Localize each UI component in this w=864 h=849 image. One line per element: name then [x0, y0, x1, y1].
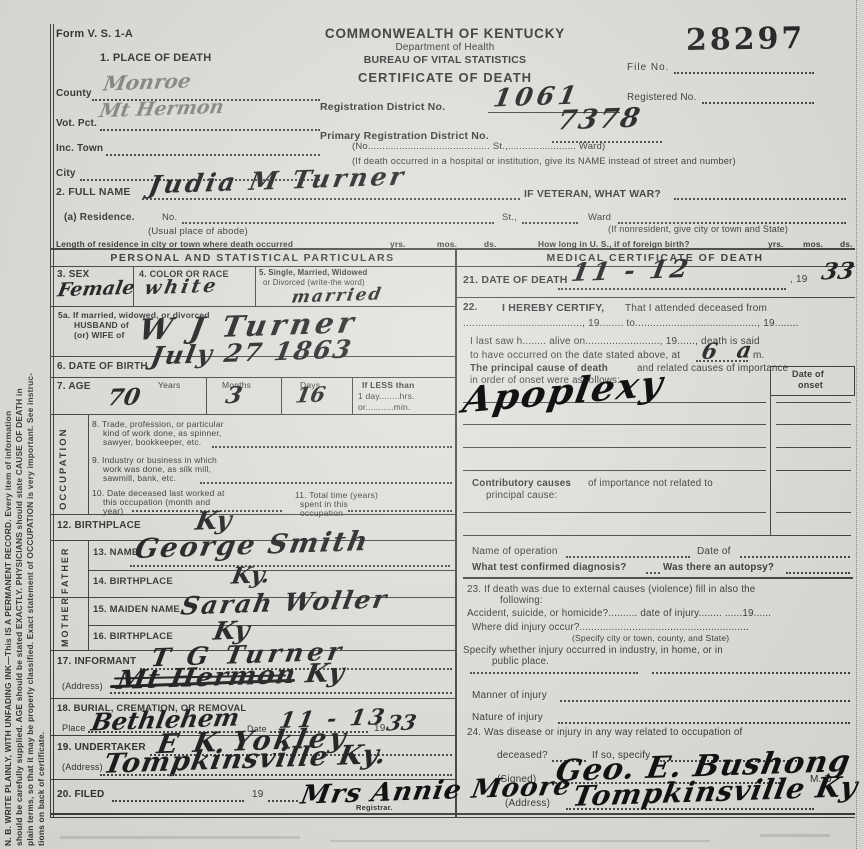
father-name-label: 13. NAME: [93, 547, 138, 558]
heavy-rule: [463, 577, 853, 579]
filed-line: [112, 800, 244, 802]
q24-deceased-label: deceased?: [497, 750, 548, 761]
q23-line-1: 23. If death was due to external causes …: [467, 584, 755, 595]
certify-number: 22.: [463, 302, 478, 313]
manner-line: [560, 700, 850, 702]
dod-value: 11 - 12: [569, 256, 693, 285]
sidebar-divider: [88, 414, 89, 514]
registered-no-line: [702, 102, 814, 104]
undertaker-address-label: (Address): [62, 762, 103, 772]
q23-line-5: (Specify city or town, county, and State…: [572, 633, 729, 643]
commonwealth-title: COMMONWEALTH OF KENTUCKY: [310, 26, 580, 41]
q23-line-4: Where did injury occur?.................…: [472, 622, 749, 633]
q8-line-3: sawyer, bookkeeper, etc.: [103, 437, 201, 447]
q23-line-6: Specify whether injury occurred in indus…: [463, 645, 723, 656]
margin-line: N. B. WRITE PLAINLY, WITH UNFADING INK—T…: [3, 6, 14, 846]
age-years-label: Years: [158, 380, 180, 390]
q11-line: [348, 510, 452, 512]
dob-label: 6. DATE OF BIRTH: [57, 361, 148, 372]
yrs-label-1: yrs.: [390, 239, 406, 249]
contributory-label-2: principal cause:: [486, 490, 557, 501]
residence-ward-label: Ward: [588, 212, 611, 223]
certify-line-2: ........................................…: [463, 318, 799, 329]
q23-line-7: public place.: [492, 656, 549, 667]
age-less-label-3: or...........min.: [358, 402, 411, 412]
department-title: Department of Health: [310, 42, 580, 53]
onset-line: [776, 512, 851, 513]
q8-line: [212, 446, 452, 448]
length-residence-label: Length of residence in city or town wher…: [56, 239, 293, 249]
mother-bp-label: 16. BIRTHPLACE: [93, 631, 173, 642]
dob-value: July 27 1863: [149, 337, 355, 369]
row-border: [50, 514, 455, 515]
q9-line-3: sawmill, bank, etc.: [103, 473, 176, 483]
scan-smudge: [60, 836, 300, 839]
bottom-border-inner: [50, 817, 855, 818]
certificate-number: 28297: [686, 21, 806, 58]
personal-section-title: PERSONAL AND STATISTICAL PARTICULARS: [50, 252, 455, 264]
inc-town-label: Inc. Town: [56, 143, 103, 154]
bureau-title: BUREAU OF VITAL STATISTICS: [310, 54, 580, 66]
residence-st-line: [522, 222, 578, 224]
certify-line-1a: I HEREBY CERTIFY,: [502, 302, 604, 314]
informant-address-line: [110, 692, 452, 694]
veteran-line: [674, 198, 846, 200]
burial-year-value: 33: [385, 711, 418, 733]
inc-town-line: [106, 154, 320, 156]
row-border: [50, 414, 455, 415]
sex-value: Female: [56, 279, 136, 301]
mos-label-2: mos.: [803, 239, 823, 249]
mother-name-value: Sarah Woller: [179, 586, 390, 618]
contributory-line: [463, 512, 766, 513]
father-sidebar-label: FATHER: [60, 546, 70, 594]
scan-smudge: [760, 834, 830, 837]
nature-line: [558, 722, 850, 724]
certify-line-4: to have occurred on the date stated abov…: [470, 350, 680, 361]
test-label: What test confirmed diagnosis?: [472, 562, 627, 573]
bottom-border: [50, 813, 855, 815]
certify-m-label: m.: [753, 350, 765, 361]
father-name-value: George Smith: [133, 528, 372, 563]
reg-district-label: Registration District No.: [320, 101, 445, 113]
yrs-label-2: yrs.: [768, 239, 784, 249]
titles-underline: [50, 266, 855, 267]
onset-line: [776, 470, 851, 471]
primary-district-value: 7378: [555, 105, 644, 135]
filed-label: 20. FILED: [57, 789, 104, 800]
row-border: [88, 570, 455, 571]
q23-answer-line: [652, 672, 850, 674]
residence-label: (a) Residence.: [64, 212, 135, 223]
cause-line: [463, 424, 766, 425]
residence-no-label: No.: [162, 212, 177, 223]
city-hint-2: (If death occurred in a hospital or inst…: [352, 156, 736, 166]
contributory-label-1b: of importance not related to: [588, 478, 713, 489]
county-label: County: [56, 88, 92, 99]
row-border: [50, 698, 455, 699]
onset-label-1: Date of: [792, 369, 824, 379]
father-bp-label: 14. BIRTHPLACE: [93, 576, 173, 587]
age-less-label-1: If LESS than: [362, 380, 414, 390]
operation-line: [566, 556, 690, 558]
vot-pct-label: Vot. Pct.: [56, 118, 97, 129]
mother-name-label: 15. MAIDEN NAME: [93, 604, 180, 615]
occupation-sidebar-label: OCCUPATION: [58, 418, 69, 510]
age-label: 7. AGE: [57, 381, 91, 392]
file-no-label: File No.: [627, 62, 669, 73]
vot-pct-line: [100, 129, 320, 131]
nature-of-injury-label: Nature of injury: [472, 712, 543, 723]
margin-line: should be carefully supplied. AGE should…: [14, 6, 25, 846]
residence-st-label: St.,: [502, 212, 517, 223]
county-value: Monroe: [102, 70, 193, 93]
mother-sidebar-label: MOTHER: [60, 601, 70, 647]
spouse-label-2: HUSBAND of: [74, 320, 129, 330]
birthplace-label: 12. BIRTHPLACE: [57, 520, 141, 531]
operation-date-label: Date of: [697, 546, 731, 557]
file-no-line: [674, 72, 814, 74]
veteran-label: IF VETERAN, WHAT WAR?: [524, 188, 661, 200]
onset-label-2: onset: [798, 380, 823, 390]
cell-divider: [255, 266, 256, 306]
q24-line-1: 24. Was disease or injury in any way rel…: [467, 727, 742, 738]
place-of-death-heading: 1. PLACE OF DEATH: [100, 52, 211, 64]
dod-year-prefix: , 19: [790, 274, 807, 285]
undertaker-address-line: [100, 774, 452, 776]
father-name-line: [130, 565, 450, 567]
death-certificate-scan: N. B. WRITE PLAINLY, WITH UNFADING INK—T…: [0, 0, 864, 849]
onset-line: [776, 424, 851, 425]
dod-label: 21. DATE OF DEATH: [463, 274, 568, 286]
age-divider: [352, 377, 353, 414]
margin-instructions: N. B. WRITE PLAINLY, WITH UNFADING INK—T…: [3, 6, 49, 846]
onset-column-divider: [770, 394, 771, 535]
mos-label-1: mos.: [437, 239, 457, 249]
operation-date-line: [740, 556, 850, 558]
abode-hint: (Usual place of abode): [148, 226, 248, 237]
manner-of-injury-label: Manner of injury: [472, 690, 547, 701]
filed-year-line: [268, 800, 298, 802]
margin-line: plain terms, so that it may be properly …: [25, 6, 36, 846]
age-months-value: 3: [224, 384, 244, 408]
cause-line: [463, 470, 766, 471]
margin-line: tions on back of certificate.: [36, 6, 47, 846]
father-bp-value: Ky.: [230, 563, 272, 587]
certify-line-1b: That I attended deceased from: [625, 303, 767, 314]
dod-year-value: 33: [820, 259, 856, 283]
age-divider: [206, 377, 207, 414]
age-years-value: 70: [106, 385, 142, 409]
contributory-line: [463, 535, 851, 536]
q11-line-3: occupation: [300, 508, 343, 518]
ds-label-2: ds.: [840, 239, 853, 249]
spouse-label-3: (or) WIFE of: [74, 330, 125, 340]
sidebar-divider: [88, 597, 89, 650]
physician-address-value: Tompkinsville Ky: [571, 773, 861, 811]
burial-year-prefix: 19: [374, 723, 386, 734]
q23-line-3: Accident, suicide, or homicide?.........…: [467, 608, 771, 619]
q9-line: [200, 482, 452, 484]
residence-no-line: [182, 222, 494, 224]
registered-no-label: Registered No.: [627, 92, 697, 103]
row-border: [455, 297, 855, 298]
full-name-value: Judia M Turner: [147, 164, 408, 198]
vot-pct-value: Mt Hermon: [98, 98, 225, 121]
city-label: City: [56, 168, 76, 179]
scan-smudge: [330, 840, 710, 842]
city-hint-1: (No.....................................…: [352, 141, 605, 152]
cause-line: [463, 447, 766, 448]
onset-line: [776, 402, 851, 403]
form-id: Form V. S. 1-A: [56, 28, 133, 40]
dod-line: [558, 288, 786, 290]
ds-label-1: ds.: [484, 239, 497, 249]
page-right-perforation: [856, 0, 858, 849]
operation-label: Name of operation: [472, 546, 558, 557]
how-long-label: How long in U. S., if of foreign birth?: [538, 239, 690, 249]
nonresident-hint: (If nonresident, give city or town and S…: [608, 224, 788, 234]
filed-year-prefix: 19: [252, 789, 264, 800]
row-border: [50, 306, 455, 307]
full-name-line: [142, 198, 520, 200]
test-line: [646, 572, 660, 574]
marital-label-1: 5. Single, Married, Widowed: [259, 268, 367, 277]
row-border: [88, 625, 455, 626]
column-divider: [455, 248, 457, 818]
autopsy-line: [786, 572, 850, 574]
age-days-value: 16: [294, 383, 327, 405]
race-value: white: [143, 277, 220, 299]
age-divider: [281, 377, 282, 414]
full-name-label: 2. FULL NAME: [56, 186, 131, 198]
onset-line: [776, 447, 851, 448]
autopsy-label: Was there an autopsy?: [663, 562, 774, 573]
row-border: [50, 377, 455, 378]
undertaker-address-value: Tompkinsville Ky.: [102, 741, 389, 778]
q23-answer-line: [470, 672, 638, 674]
marital-value: married: [290, 286, 384, 306]
informant-address-label: (Address): [62, 681, 103, 691]
birthplace-value: Ky: [194, 507, 234, 533]
time-line: [696, 360, 748, 362]
q23-line-2: following:: [500, 595, 543, 606]
sidebar-divider: [88, 540, 89, 597]
burial-place-label: Place: [62, 723, 86, 733]
contributory-label-1a: Contributory causes: [472, 478, 571, 489]
age-less-label-2: 1 day........hrs.: [358, 391, 415, 401]
